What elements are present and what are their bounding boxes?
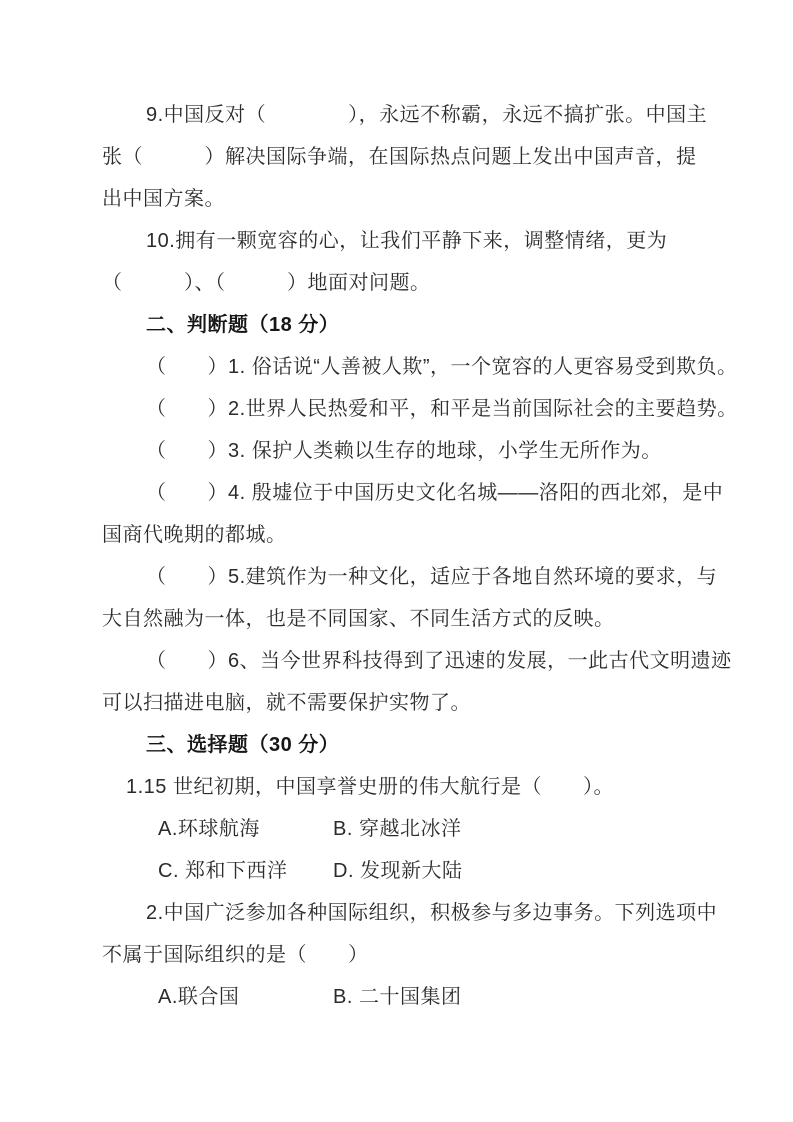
mc-q1-options-row-2: C. 郑和下西洋 D. 发现新大陆: [102, 850, 702, 892]
mc-q1-stem: 1.15 世纪初期，中国享誉史册的伟大航行是（ ）。: [102, 766, 702, 808]
mc-q2-options-row-1: A.联合国 B. 二十国集团: [102, 976, 702, 1018]
judgment-item-3: （ ）3. 保护人类赖以生存的地球，小学生无所作为。: [102, 430, 702, 472]
fill-blank-q9-line-1: 9.中国反对（ ），永远不称霸，永远不搞扩张。中国主: [102, 94, 702, 136]
section-heading-choice: 三、选择题（30 分）: [102, 724, 702, 766]
exam-document-body: 9.中国反对（ ），永远不称霸，永远不搞扩张。中国主 张（ ）解决国际争端，在国…: [102, 94, 702, 1018]
judgment-item-6-line-1: （ ）6、当今世界科技得到了迅速的发展，一此古代文明遗迹: [102, 640, 702, 682]
mc-q2-option-b: B. 二十国集团: [333, 976, 461, 1018]
fill-blank-q9-line-3: 出中国方案。: [102, 178, 702, 220]
mc-q1-option-c: C. 郑和下西洋: [158, 850, 333, 892]
judgment-item-5-line-1: （ ）5.建筑作为一种文化，适应于各地自然环境的要求，与: [102, 556, 702, 598]
fill-blank-q10-line-1: 10.拥有一颗宽容的心，让我们平静下来，调整情绪，更为: [102, 220, 702, 262]
section-heading-judgment: 二、判断题（18 分）: [102, 304, 702, 346]
mc-q2-stem-line-1: 2.中国广泛参加各种国际组织，积极参与多边事务。下列选项中: [102, 892, 702, 934]
judgment-item-1: （ ）1. 俗话说“人善被人欺”，一个宽容的人更容易受到欺负。: [102, 346, 702, 388]
judgment-item-5-line-2: 大自然融为一体，也是不同国家、不同生活方式的反映。: [102, 598, 702, 640]
judgment-item-6-line-2: 可以扫描进电脑，就不需要保护实物了。: [102, 682, 702, 724]
judgment-item-2: （ ）2.世界人民热爱和平，和平是当前国际社会的主要趋势。: [102, 388, 702, 430]
mc-q1-option-d: D. 发现新大陆: [333, 850, 463, 892]
exam-paper-page: 9.中国反对（ ），永远不称霸，永远不搞扩张。中国主 张（ ）解决国际争端，在国…: [0, 0, 793, 1122]
mc-q1-option-a: A.环球航海: [158, 808, 333, 850]
mc-q2-option-a: A.联合国: [158, 976, 333, 1018]
mc-q1-options-row-1: A.环球航海 B. 穿越北冰洋: [102, 808, 702, 850]
judgment-item-4-line-1: （ ）4. 殷墟位于中国历史文化名城——洛阳的西北郊，是中: [102, 472, 702, 514]
judgment-item-4-line-2: 国商代晚期的都城。: [102, 514, 702, 556]
fill-blank-q9-line-2: 张（ ）解决国际争端，在国际热点问题上发出中国声音，提: [102, 136, 702, 178]
fill-blank-q10-line-2: （ ）、（ ）地面对问题。: [102, 262, 702, 304]
mc-q2-stem-line-2: 不属于国际组织的是（ ）: [102, 934, 702, 976]
mc-q1-option-b: B. 穿越北冰洋: [333, 808, 461, 850]
